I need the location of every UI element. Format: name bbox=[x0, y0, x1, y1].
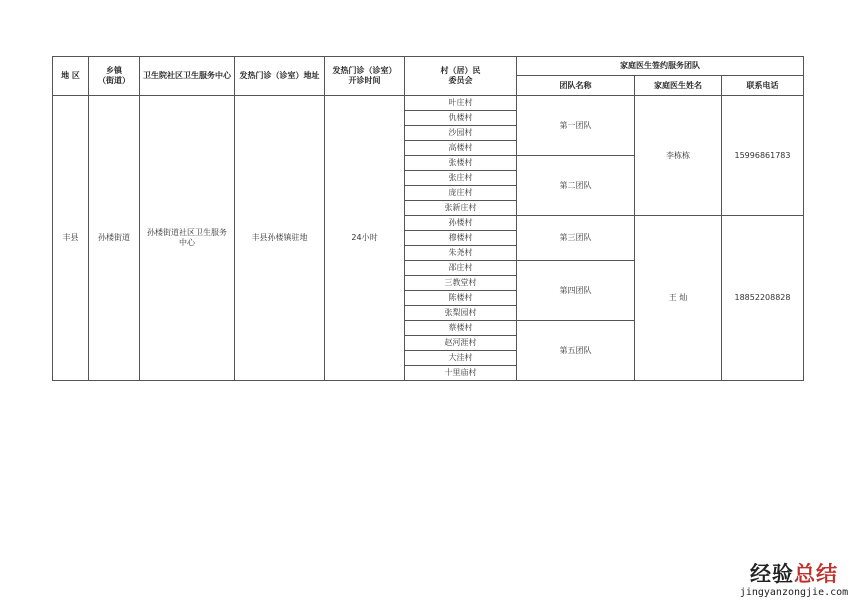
cell-village: 邵庄村 bbox=[405, 261, 517, 276]
header-town: 乡镇 （街道） bbox=[89, 57, 140, 96]
document-page: 地 区 乡镇 （街道） 卫生院社区卫生服务中心 发热门诊（诊室）地址 发热门诊（… bbox=[0, 0, 864, 611]
cell-clinic-hours: 24小时 bbox=[325, 96, 405, 381]
cell-village: 沙园村 bbox=[405, 126, 517, 141]
cell-team-name: 第二团队 bbox=[517, 156, 635, 216]
header-village-line2: 委员会 bbox=[405, 76, 516, 86]
header-doctor-name: 家庭医生姓名 bbox=[635, 76, 722, 96]
table-body: 丰县孙楼街道孙楼街道社区卫生服务中心丰县孙楼镇驻地24小时叶庄村第一团队李栋栋1… bbox=[53, 96, 804, 381]
cell-doctor-name: 李栋栋 bbox=[635, 96, 722, 216]
cell-village: 三教堂村 bbox=[405, 276, 517, 291]
cell-village: 张梨园村 bbox=[405, 306, 517, 321]
watermark-logo: 经验总结 jingyanzongjie.com bbox=[734, 562, 854, 599]
watermark-title: 经验总结 bbox=[734, 562, 854, 586]
cell-village: 陈楼村 bbox=[405, 291, 517, 306]
cell-phone: 15996861783 bbox=[722, 96, 804, 216]
cell-village: 张庄村 bbox=[405, 171, 517, 186]
table-row: 丰县孙楼街道孙楼街道社区卫生服务中心丰县孙楼镇驻地24小时叶庄村第一团队李栋栋1… bbox=[53, 96, 804, 111]
header-town-line1: 乡镇 bbox=[89, 66, 139, 76]
cell-team-name: 第四团队 bbox=[517, 261, 635, 321]
cell-village: 张新庄村 bbox=[405, 201, 517, 216]
cell-region: 丰县 bbox=[53, 96, 89, 381]
doctor-service-table: 地 区 乡镇 （街道） 卫生院社区卫生服务中心 发热门诊（诊室）地址 发热门诊（… bbox=[52, 56, 804, 381]
header-phone: 联系电话 bbox=[722, 76, 804, 96]
cell-health-center: 孙楼街道社区卫生服务中心 bbox=[140, 96, 235, 381]
header-clinic-hours: 发热门诊（诊室） 开诊时间 bbox=[325, 57, 405, 96]
cell-team-name: 第三团队 bbox=[517, 216, 635, 261]
cell-town: 孙楼街道 bbox=[89, 96, 140, 381]
header-team-group: 家庭医生签约服务团队 bbox=[517, 57, 804, 76]
header-health-center: 卫生院社区卫生服务中心 bbox=[140, 57, 235, 96]
cell-village: 叶庄村 bbox=[405, 96, 517, 111]
watermark-url: jingyanzongjie.com bbox=[734, 586, 854, 599]
cell-village: 十里庙村 bbox=[405, 366, 517, 381]
cell-team-name: 第五团队 bbox=[517, 321, 635, 381]
header-village: 村（居）民 委员会 bbox=[405, 57, 517, 96]
cell-village: 张楼村 bbox=[405, 156, 517, 171]
cell-village: 仇楼村 bbox=[405, 111, 517, 126]
cell-village: 穆楼村 bbox=[405, 231, 517, 246]
cell-doctor-name: 王 灿 bbox=[635, 216, 722, 381]
header-village-line1: 村（居）民 bbox=[405, 66, 516, 76]
cell-team-name: 第一团队 bbox=[517, 96, 635, 156]
cell-clinic-address: 丰县孙楼镇驻地 bbox=[235, 96, 325, 381]
watermark-title-part1: 经验 bbox=[750, 562, 794, 586]
cell-village: 大洼村 bbox=[405, 351, 517, 366]
cell-village: 高楼村 bbox=[405, 141, 517, 156]
header-region: 地 区 bbox=[53, 57, 89, 96]
header-town-line2: （街道） bbox=[89, 76, 139, 86]
cell-village: 庞庄村 bbox=[405, 186, 517, 201]
cell-phone: 18852208828 bbox=[722, 216, 804, 381]
watermark-title-part2: 总结 bbox=[794, 562, 838, 586]
cell-village: 孙楼村 bbox=[405, 216, 517, 231]
cell-village: 蔡楼村 bbox=[405, 321, 517, 336]
header-clinic-hours-line2: 开诊时间 bbox=[325, 76, 404, 86]
header-team-name: 团队名称 bbox=[517, 76, 635, 96]
header-clinic-address: 发热门诊（诊室）地址 bbox=[235, 57, 325, 96]
cell-village: 赵河涯村 bbox=[405, 336, 517, 351]
cell-village: 朱尧村 bbox=[405, 246, 517, 261]
header-clinic-hours-line1: 发热门诊（诊室） bbox=[325, 66, 404, 76]
